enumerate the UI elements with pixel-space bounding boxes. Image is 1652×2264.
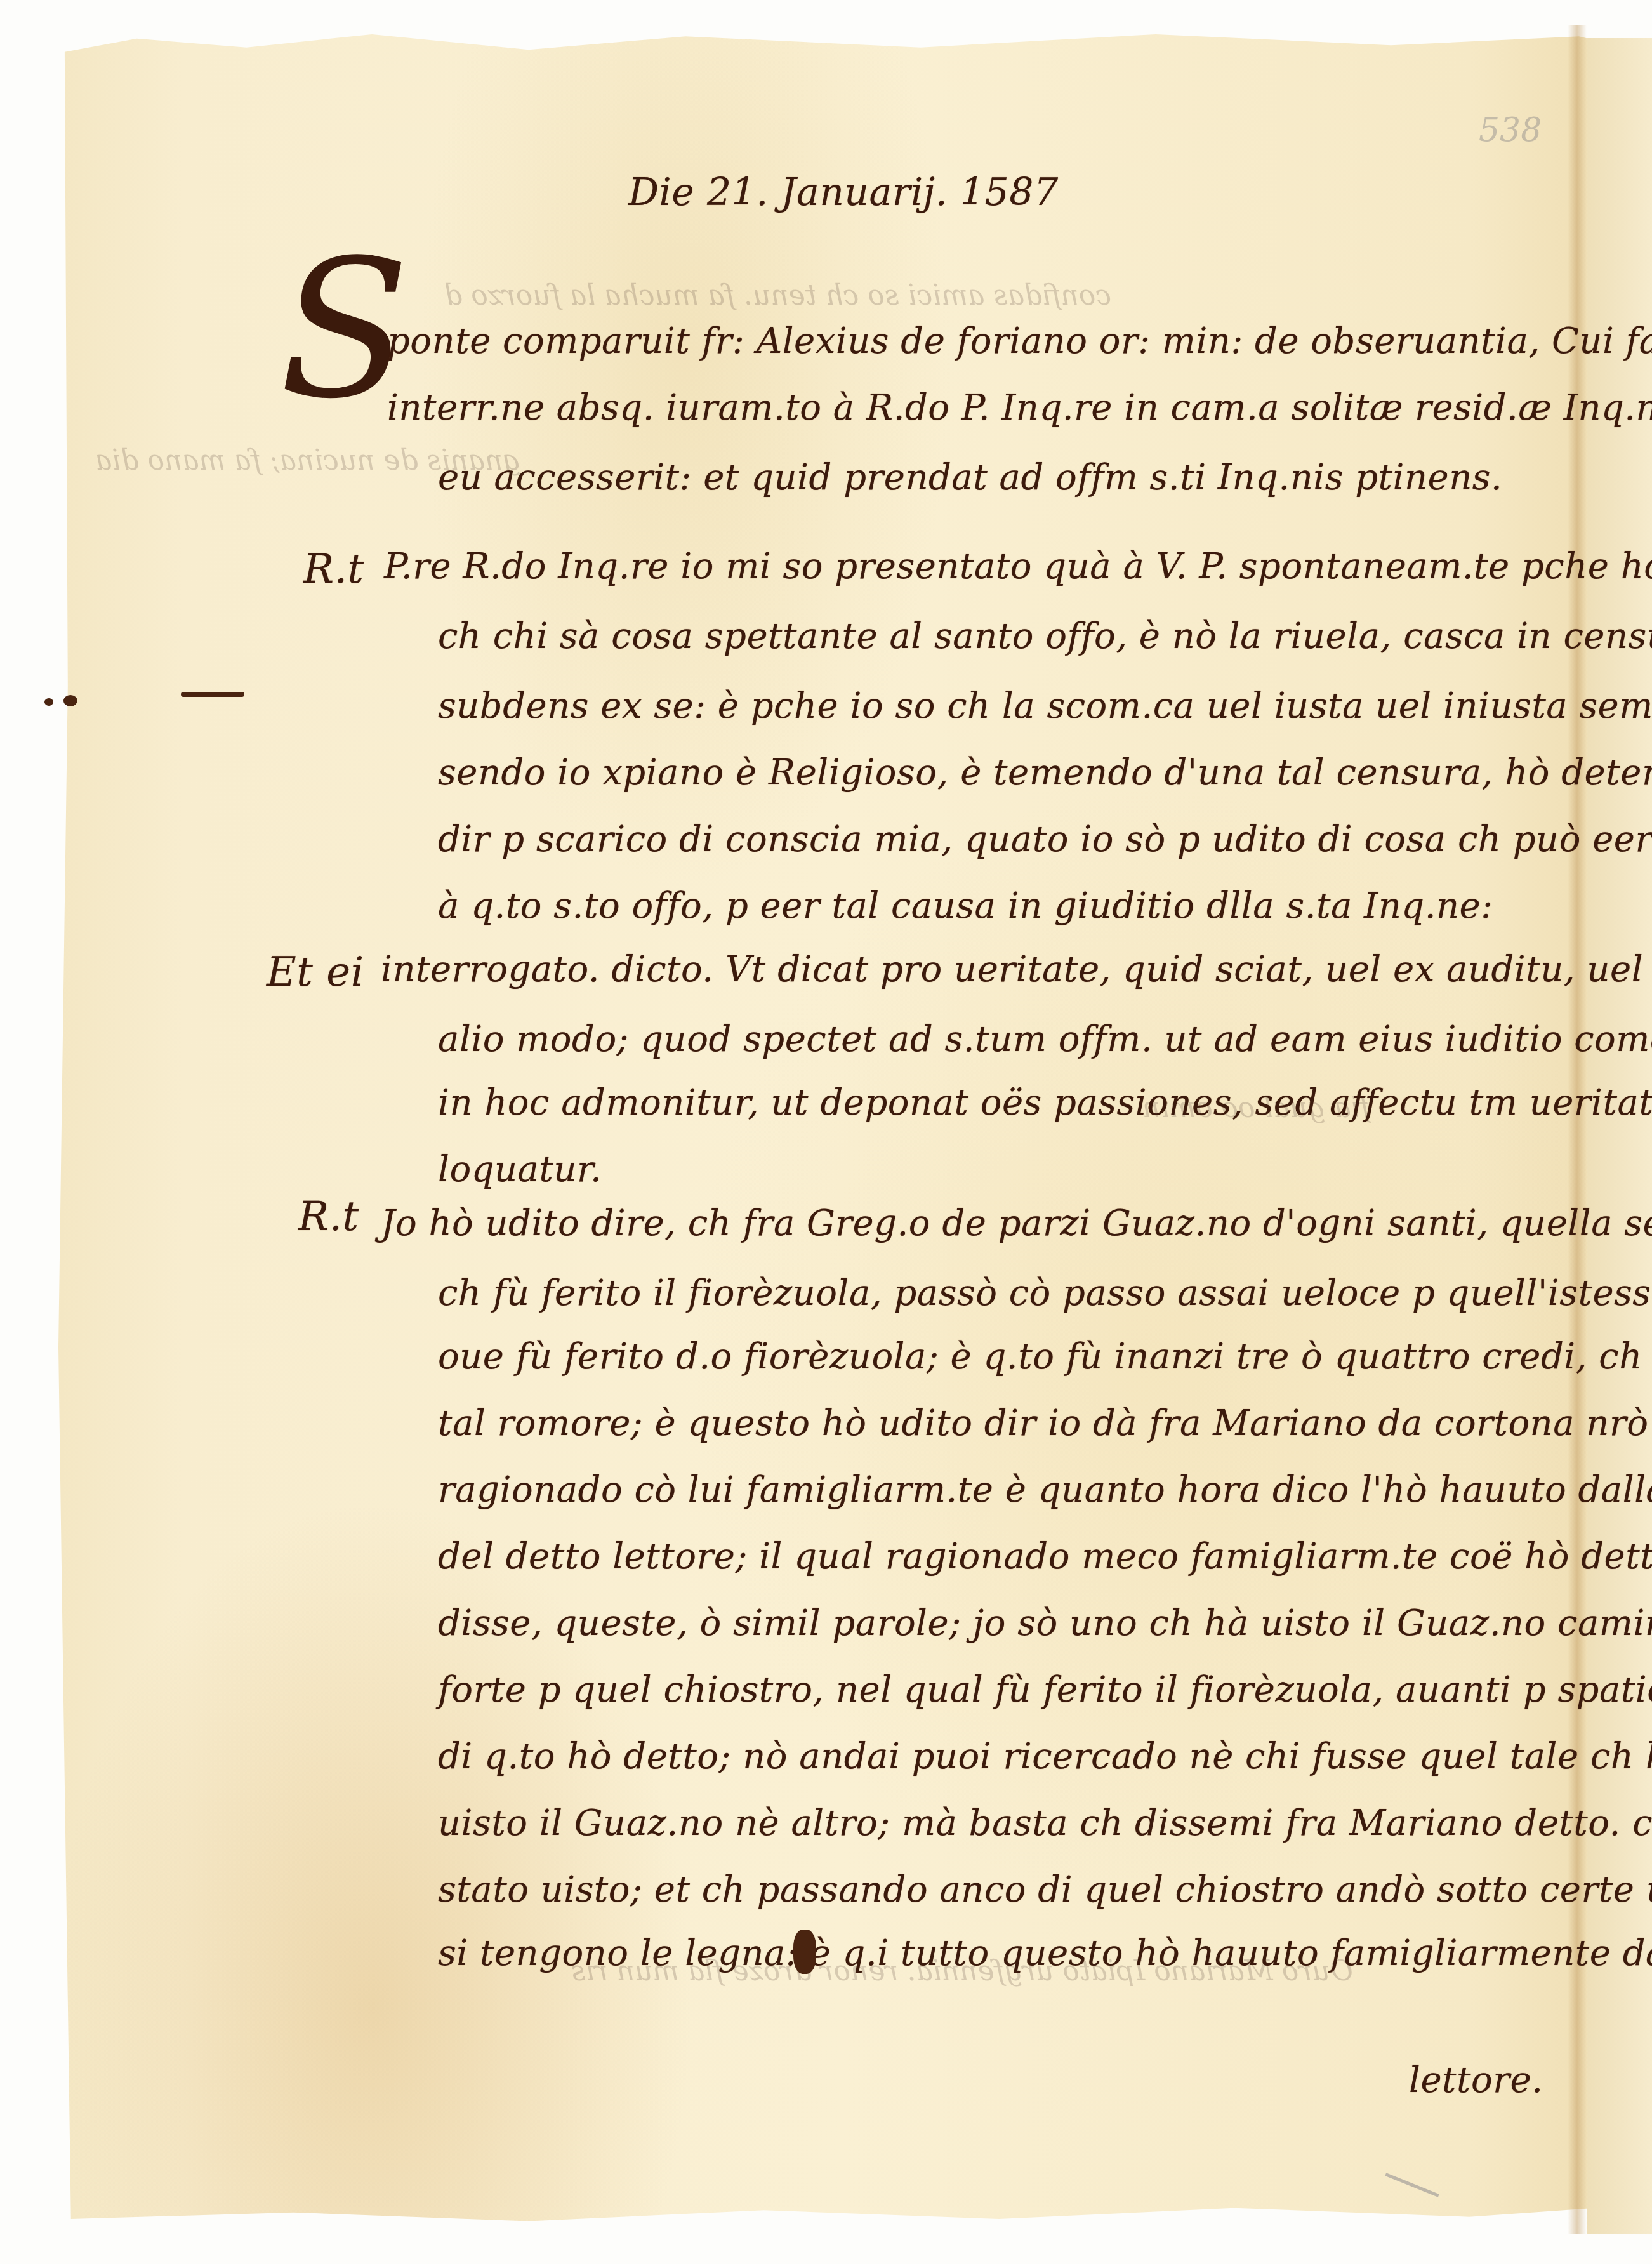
text-line: ch fù ferito il fiorèzuola, passò cò pas…: [438, 1273, 1652, 1314]
margin-mark-respondit: R.t: [303, 546, 364, 593]
text-line: ponte comparuit fr: Alexius de foriano o…: [387, 321, 1652, 362]
text-line: in hoc admonitur, ut deponat oës passion…: [438, 1082, 1652, 1123]
text-line: loquatur.: [438, 1149, 602, 1190]
text-line: uisto il Guaz.no nè altro; mà basta ch d…: [438, 1803, 1652, 1844]
text-line: sendo io xpiano è Religioso, è temendo d…: [438, 752, 1652, 793]
bleedthrough-text: confidas amici so ch tenu. fa mucha la f…: [444, 279, 1111, 312]
margin-mark-et-ei: Et ei: [267, 949, 364, 996]
ink-blot: [793, 1930, 816, 1974]
folio-number: 538: [1479, 111, 1542, 149]
text-line: P.re R.do Inq.re io mi so presentato quà…: [384, 546, 1652, 587]
text-line: interrogato. dicto. Vt dicat pro ueritat…: [381, 949, 1652, 990]
text-line: ch chi sà cosa spettante al santo offo, …: [438, 616, 1652, 657]
dateline: Die 21. Januarij. 1587: [628, 170, 1059, 215]
text-line: si tengono le legna: è q.i tutto questo …: [438, 1933, 1652, 1974]
text-line: Jo hò udito dire, ch fra Greg.o de parzi…: [381, 1203, 1652, 1244]
text-line: interr.ne absq. iuram.to à R.do P. Inq.r…: [387, 387, 1652, 428]
text-line: eu accesserit: et quid prendat ad offm s…: [438, 457, 1502, 498]
text-line: dir p scarico di conscia mia, quato io s…: [438, 819, 1652, 860]
ink-blot: [44, 698, 53, 706]
text-line: ragionado cò lui famigliarm.te è quanto …: [438, 1469, 1652, 1511]
text-line: subdens ex se: è pche io so ch la scom.c…: [438, 685, 1652, 727]
catchword: lettore.: [1409, 2060, 1543, 2101]
ink-blot: [63, 695, 77, 706]
text-line: di q.to hò detto; nò andai puoi ricercad…: [438, 1736, 1652, 1777]
text-line: oue fù ferito d.o fiorèzuola; è q.to fù …: [438, 1336, 1652, 1377]
text-line: tal romore; è questo hò udito dir io dà …: [438, 1403, 1652, 1444]
text-line: del detto lettore; il qual ragionado mec…: [438, 1536, 1652, 1577]
text-line: alio modo; quod spectet ad s.tum offm. u…: [438, 1019, 1652, 1060]
text-line: disse, queste, ò simil parole; jo sò uno…: [438, 1603, 1652, 1644]
text-line: stato uisto; et ch passando anco di quel…: [438, 1869, 1652, 1910]
margin-mark-respondit: R.t: [298, 1193, 359, 1240]
text-line: à q.to s.to offo, p eer tal causa in giu…: [438, 885, 1493, 927]
text-line: forte p quel chiostro, nel qual fù ferit…: [438, 1669, 1652, 1711]
ink-blot: [181, 692, 244, 697]
